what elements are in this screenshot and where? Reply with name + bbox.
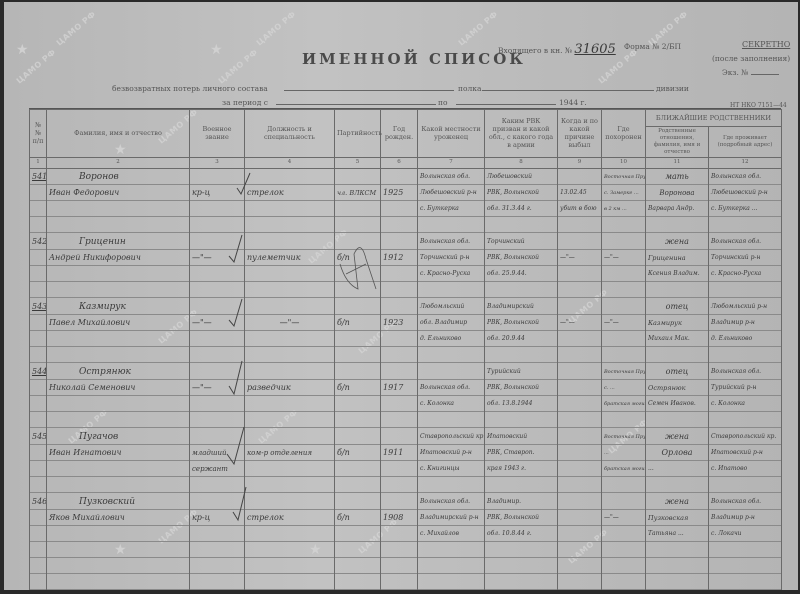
casualty-table: №№ п/п Фамилия, имя и отчество Военное з… — [29, 109, 782, 590]
cell-address: Волынская обл.Владимир р-нс. Локачи — [709, 494, 782, 591]
col-header-buried: Где похоронен — [602, 110, 646, 158]
cell-buried: —"— — [602, 299, 646, 364]
col-num: 1 — [30, 157, 47, 168]
cell-rvk: ЛюбешовскийРВК, Волынскойобл. 31.3.44 г. — [485, 168, 558, 234]
cell-name: ПузковскийЯков Михайлович — [47, 494, 190, 591]
cell-rvk: ТорчинскийРВК, Волынскойобл. 25.9.44. — [485, 234, 558, 299]
col-header-year: Год рожден. — [381, 110, 418, 158]
page-title: ИМЕННОЙ СПИСОК — [302, 50, 526, 68]
cell-birthplace: Любомльскийобл. Владимирд. Ельниково — [418, 299, 485, 364]
col-header-rvk: Каким РВК призван и какой обл., с какого… — [485, 110, 558, 158]
cell-position: стрелок — [245, 168, 335, 234]
cell-party: б/п — [335, 429, 381, 494]
secret-note: (после заполнения) — [712, 54, 790, 63]
cell-relation: матьВороноваВарвара Андр. — [646, 168, 709, 234]
cell-left — [558, 364, 602, 429]
col-num: 4 — [245, 157, 335, 168]
col-num: 10 — [602, 157, 646, 168]
star-icon: ★ — [210, 42, 223, 58]
col-num: 12 — [709, 157, 782, 168]
table-row: 541 ВороновИван Федорович кр-ц стрелок ч… — [30, 168, 782, 234]
cell-rvk: Владимир.РВК, Волынскойобл. 10.8.44 г. — [485, 494, 558, 591]
cell-birthplace: Ставропольский кр.Ипатовский р-нс. Книги… — [418, 429, 485, 494]
cell-position: пулеметчик — [245, 234, 335, 299]
col-num: 3 — [190, 157, 245, 168]
cell-rank: кр-ц — [190, 168, 245, 234]
watermark: ЦАМО РФ — [457, 9, 500, 47]
cell-name: ОстрянюкНиколай Семенович — [47, 364, 190, 429]
incoming-label-text: Входящего в кн. № — [498, 46, 572, 55]
cell-no: 543 — [30, 299, 47, 364]
col-header-rank: Военное звание — [190, 110, 245, 158]
cell-buried: Восточная Пруссияс. Замерке ...в 2 км ..… — [602, 168, 646, 234]
col-num: 6 — [381, 157, 418, 168]
secret-label: СЕКРЕТНО — [742, 40, 790, 49]
cell-no: 544 — [30, 364, 47, 429]
cell-relation: женаГриценинаКсения Владим. — [646, 234, 709, 299]
document-page: ЦАМО РФ ЦАМО РФ ЦАМО РФ ЦАМО РФ ЦАМО РФ … — [4, 2, 798, 590]
cell-no: 542 — [30, 234, 47, 299]
regiment-field[interactable] — [482, 90, 654, 91]
col-num: 5 — [335, 157, 381, 168]
col-header-relatives: БЛИЖАЙШИЕ РОДСТВЕННИКИ — [646, 110, 782, 127]
cell-rank: младший сержант — [190, 429, 245, 494]
col-header-relation: Родственные отношения, фамилия, имя и от… — [646, 127, 709, 158]
incoming-number: 31605 — [574, 42, 615, 57]
cell-relation: отецКазмирукМихаил Мак. — [646, 299, 709, 364]
cell-address: Волынская обл.Турийский р-нс. Колонка — [709, 364, 782, 429]
cell-rvk: ИпатовскийРВК, Ставроп.края 1943 г. — [485, 429, 558, 494]
cell-birthplace: Волынская обл.Торчинский р-нс. Красно-Ру… — [418, 234, 485, 299]
cell-year: 1923 — [381, 299, 418, 364]
watermark: ЦАМО РФ — [217, 47, 260, 85]
col-num: 9 — [558, 157, 602, 168]
cell-buried: —"— — [602, 494, 646, 591]
cell-relation: отецОстрянюкСемен Иванов. — [646, 364, 709, 429]
cell-address: Волынская обл.Торчинский р-нс. Красно-Ру… — [709, 234, 782, 299]
cell-no: 546 — [30, 494, 47, 591]
col-num: 2 — [47, 157, 190, 168]
subtitle: безвозвратных потерь личного состава — [112, 84, 268, 93]
col-header-name: Фамилия, имя и отчество — [47, 110, 190, 158]
cell-birthplace: Волынская обл.с. Колонка — [418, 364, 485, 429]
division-label: дивизии — [656, 84, 689, 93]
cell-party: чл. ВЛКСМ — [335, 168, 381, 234]
cell-buried: —"— — [602, 234, 646, 299]
cell-address: Любомльский р-нВладимир р-нд. Ельниково — [709, 299, 782, 364]
col-header-party: Партийность — [335, 110, 381, 158]
cell-rank: —"— — [190, 234, 245, 299]
cell-position: стрелок — [245, 494, 335, 591]
cell-name: ПугачовИван Игнатович — [47, 429, 190, 494]
col-header-address: Где проживает (подробный адрес) — [709, 127, 782, 158]
period-to-field[interactable] — [456, 104, 556, 105]
unit-field[interactable] — [284, 90, 454, 91]
col-header-position: Должность и специальность — [245, 110, 335, 158]
cell-buried: Восточная Пруссия...братская могила — [602, 429, 646, 494]
col-header-left: Когда и по какой причине выбыл — [558, 110, 602, 158]
cell-left: —"— — [558, 234, 602, 299]
col-num: 8 — [485, 157, 558, 168]
col-num: 11 — [646, 157, 709, 168]
cell-position: разведчик — [245, 364, 335, 429]
cell-left: 13.02.45убит в бою — [558, 168, 602, 234]
cell-left: —"— — [558, 299, 602, 364]
cell-relation: женаПузковскаяТатьяна ... — [646, 494, 709, 591]
regiment-label: полка — [458, 84, 481, 93]
col-num: 7 — [418, 157, 485, 168]
table-row: 542 ГриценинАндрей Никифорович —"— пулем… — [30, 234, 782, 299]
table-row: 545 ПугачовИван Игнатович младший сержан… — [30, 429, 782, 494]
cell-buried: Восточная Пруссияс. ...братская могила — [602, 364, 646, 429]
watermark: ЦАМО РФ — [255, 9, 298, 47]
cell-rvk: ВладимирскийРВК, Волынскойобл. 20.9.44 — [485, 299, 558, 364]
star-icon: ★ — [16, 42, 29, 58]
cell-position: —"— — [245, 299, 335, 364]
cell-birthplace: Волынская обл.Владимирский р-нс. Михайло… — [418, 494, 485, 591]
cell-year: 1917 — [381, 364, 418, 429]
cell-position: ком-р отделения — [245, 429, 335, 494]
cell-name: ВороновИван Федорович — [47, 168, 190, 234]
cell-party: б/п — [335, 299, 381, 364]
cell-party: б/п — [335, 364, 381, 429]
cell-name: КазмирукПавел Михайлович — [47, 299, 190, 364]
cell-rvk: ТурийскийРВК, Волынскойобл. 13.8.1944 — [485, 364, 558, 429]
col-header-no: №№ п/п — [30, 110, 47, 158]
period-from-field[interactable] — [276, 104, 436, 105]
cell-rank: кр-ц — [190, 494, 245, 591]
cell-no: 541 — [30, 168, 47, 234]
cell-year: 1908 — [381, 494, 418, 591]
copy-label-text: Экз. № — [722, 68, 748, 77]
cell-no: 545 — [30, 429, 47, 494]
cell-rank: —"— — [190, 364, 245, 429]
cell-year: 1911 — [381, 429, 418, 494]
table-row: 546 ПузковскийЯков Михайлович кр-ц стрел… — [30, 494, 782, 591]
cell-year: 1912 — [381, 234, 418, 299]
incoming-label: Входящего в кн. № 31605 — [498, 42, 616, 57]
watermark: ЦАМО РФ — [55, 9, 98, 47]
table-row: 543 КазмирукПавел Михайлович —"— —"— б/п… — [30, 299, 782, 364]
cell-address: Волынская обл.Любешовский р-нс. Буткерка… — [709, 168, 782, 234]
copy-label: Экз. № — [722, 68, 779, 77]
period-label: за период с — [222, 98, 268, 107]
cell-party: б/п — [335, 494, 381, 591]
cell-left — [558, 429, 602, 494]
table-row: 544 ОстрянюкНиколай Семенович —"— развед… — [30, 364, 782, 429]
cell-address: Ставропольский кр.Ипатовский р-нс. Ипато… — [709, 429, 782, 494]
cell-birthplace: Волынская обл.Любешовский р-нс. Буткерка — [418, 168, 485, 234]
period-year: 1944 г. — [559, 98, 587, 107]
cell-year: 1925 — [381, 168, 418, 234]
cell-left — [558, 494, 602, 591]
col-header-birthplace: Какой местности уроженец — [418, 110, 485, 158]
cell-relation: женаОрлова... — [646, 429, 709, 494]
cell-rank: —"— — [190, 299, 245, 364]
period-to-label: по — [438, 98, 448, 107]
form-label: Форма № 2/БП — [624, 42, 681, 51]
cell-name: ГриценинАндрей Никифорович — [47, 234, 190, 299]
